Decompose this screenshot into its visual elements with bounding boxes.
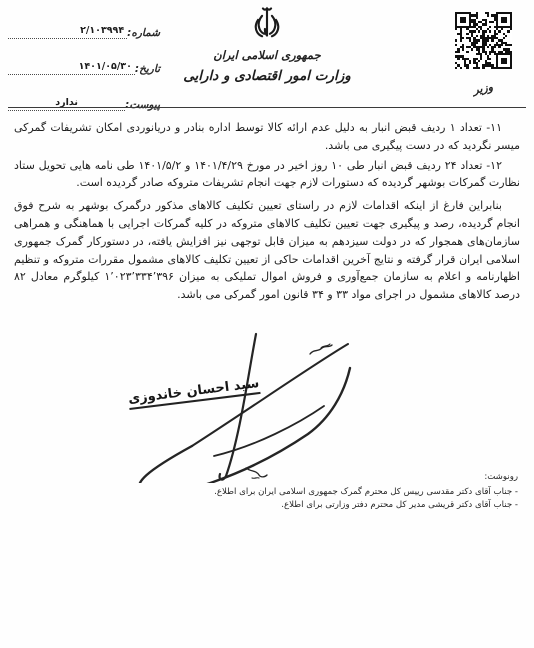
letter-attachment-label: پیوست: xyxy=(125,99,160,111)
body-item-12: ۱۲- تعداد ۲۴ ردیف قبض انبار طی ۱۰ روز اخ… xyxy=(14,157,520,193)
letter-meta-block: شماره: ۲/۱۰۳۹۹۴ تاریخ: ۱۴۰۱/۰۵/۳۰ پیوست:… xyxy=(8,18,160,126)
header-divider xyxy=(8,107,526,108)
letter-date-line: ۱۴۰۱/۰۵/۳۰ xyxy=(8,54,135,75)
letter-footer: رونوشت: - جناب آقای دکتر مقدسی رییس کل م… xyxy=(14,471,518,513)
letter-number-line: ۲/۱۰۳۹۹۴ xyxy=(8,18,127,39)
letter-date-value: ۱۴۰۱/۰۵/۳۰ xyxy=(79,61,132,72)
letter-page: شماره: ۲/۱۰۳۹۹۴ تاریخ: ۱۴۰۱/۰۵/۳۰ پیوست:… xyxy=(0,0,534,648)
qr-code xyxy=(455,12,512,69)
cc-item-2: - جناب آقای دکتر قریشی مدیر کل محترم دفت… xyxy=(14,499,518,513)
letter-number-row: شماره: ۲/۱۰۳۹۹۴ xyxy=(8,18,160,39)
minister-title: وزیر xyxy=(457,78,508,99)
ministry-title: وزارت امور اقتصادی و دارایی xyxy=(167,68,367,84)
body-conclusion: بنابراین فارغ از اینکه اقدامات لازم در ر… xyxy=(14,197,520,304)
cc-label: رونوشت: xyxy=(14,471,518,485)
letter-number-value: ۲/۱۰۳۹۹۴ xyxy=(80,25,124,36)
cc-item-1: - جناب آقای دکتر مقدسی رییس کل محترم گمر… xyxy=(14,486,518,500)
letter-number-label: شماره: xyxy=(127,27,160,39)
signature-block: سید احسان خاندوزی xyxy=(96,328,366,483)
body-item-11: ۱۱- تعداد ۱ ردیف قبض انبار به دلیل عدم ا… xyxy=(14,119,520,155)
country-title: جمهوری اسلامی ایران xyxy=(167,48,367,62)
letter-body: ۱۱- تعداد ۱ ردیف قبض انبار به دلیل عدم ا… xyxy=(14,119,520,304)
letter-date-row: تاریخ: ۱۴۰۱/۰۵/۳۰ xyxy=(8,54,160,75)
iran-emblem-icon xyxy=(250,6,284,46)
letter-date-label: تاریخ: xyxy=(135,63,160,75)
letterhead-center: جمهوری اسلامی ایران وزارت امور اقتصادی و… xyxy=(167,6,367,84)
